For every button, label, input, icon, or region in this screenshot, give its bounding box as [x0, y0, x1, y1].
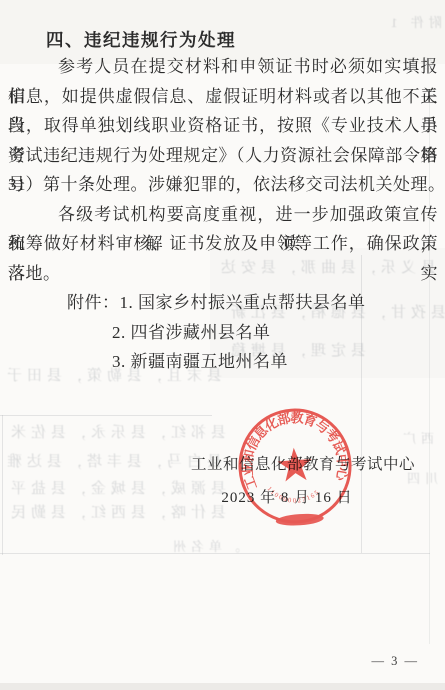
document-body: 参考人员在提交材料和申领证书时必须如实填报相关 信息，如提供虚假信息、虚假证明材…	[8, 52, 438, 377]
attachment-item: 1. 国家乡村振兴重点帮扶县名单	[120, 293, 366, 312]
seal-serial: 110000027165	[265, 482, 321, 507]
paragraph-line: 信息，如提供虚假信息、虚假证明材料或者以其他不正当手	[8, 82, 438, 112]
bleedthrough-table-line	[0, 415, 212, 416]
attachment-item: 3. 新疆南疆五地州名单	[8, 347, 438, 377]
bleedthrough-table-line	[2, 415, 3, 555]
paragraph-line: 段，取得单独划线职业资格证书，按照《专业技术人员资格	[8, 111, 438, 141]
bleedthrough-text: 西广	[398, 428, 434, 447]
paragraph-line: 统筹做好材料审核、证书发放及申领等工作，确保政策落实	[8, 229, 438, 259]
seal-text: 工业和信息化部教育与考试中心	[236, 405, 353, 492]
paragraph-line: 各级考试机构要高度重视，进一步加强政策宣传和解读，	[8, 200, 438, 230]
page-bottom-edge	[0, 683, 445, 690]
paragraph-line: 号）第十条处理。涉嫌犯罪的，依法移交司法机关处理。	[8, 170, 438, 200]
page-number: — 3 —	[372, 654, 420, 669]
bleedthrough-table-line	[0, 553, 430, 554]
svg-text:工业和信息化部教育与考试中心: 工业和信息化部教育与考试中心	[236, 405, 353, 492]
seal-ink-smudge	[275, 512, 324, 527]
attachments-line: 附件：1. 国家乡村振兴重点帮扶县名单	[8, 288, 438, 318]
official-seal: 工业和信息化部教育与考试中心 110000027165	[231, 401, 359, 531]
bleedthrough-text: 。单名州	[168, 536, 240, 555]
bleedthrough-text: 县祁红，县乐永，县佐米	[6, 421, 226, 442]
section-heading: 四、违纪违规行为处理	[8, 27, 438, 52]
document-page: 附件 1 告报 县义乐，县曲那，县安达 县孜甘，县德稻，县江新 县定理，县塘稳 …	[0, 0, 445, 690]
attachments-label: 附件：	[67, 293, 120, 312]
attachment-item: 2. 四省涉藏州县名单	[8, 318, 438, 348]
paragraph-line: 参考人员在提交材料和申领证书时必须如实填报相关	[8, 52, 438, 82]
seal-star-icon	[277, 447, 313, 482]
svg-text:110000027165: 110000027165	[265, 482, 321, 507]
paragraph-line: 考试违纪违规行为处理规定》（人力资源社会保障部令第 31	[8, 141, 438, 171]
